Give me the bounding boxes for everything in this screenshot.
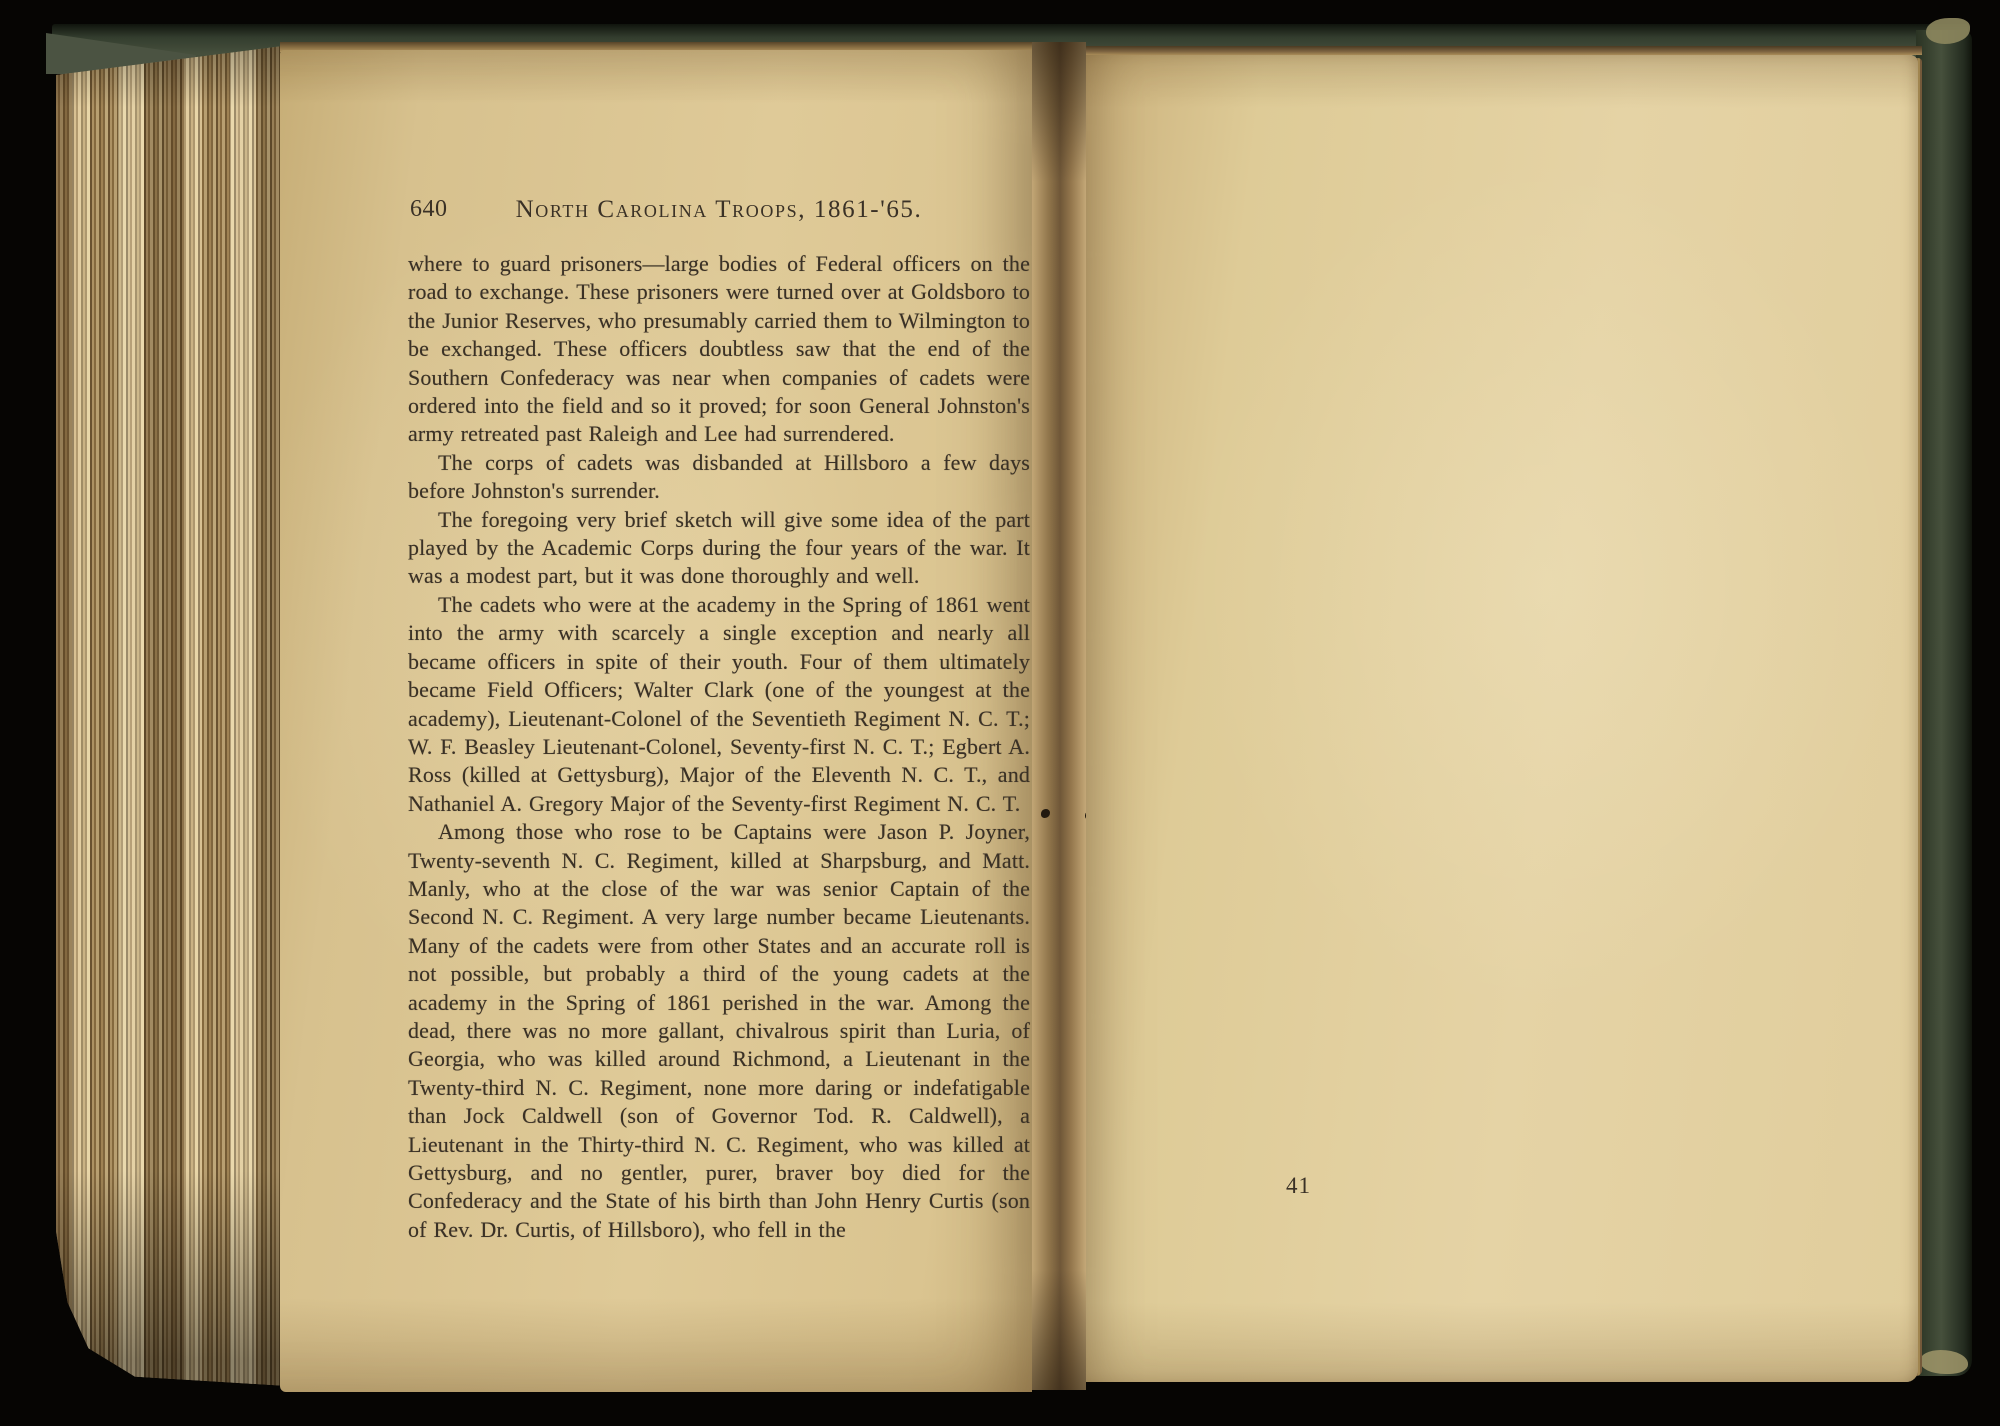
paragraph: where to guard prisoners—large bodies of…	[408, 250, 1030, 449]
book-photograph: 640 North Carolina Troops, 1861-'65. whe…	[0, 0, 2000, 1426]
left-page-number: 640	[410, 196, 448, 223]
left-running-head: 640 North Carolina Troops, 1861-'65.	[408, 196, 1030, 226]
left-running-head-title: North Carolina Troops, 1861-'65.	[516, 196, 923, 223]
left-body-text: where to guard prisoners—large bodies of…	[408, 250, 1030, 1244]
left-page-content: 640 North Carolina Troops, 1861-'65. whe…	[408, 196, 1030, 1244]
paragraph: The corps of cadets was disbanded at Hil…	[408, 449, 1030, 506]
paragraph: The cadets who were at the academy in th…	[408, 591, 1030, 818]
page-stack-fore-edge	[56, 40, 288, 1386]
paragraph: The foregoing very brief sketch will giv…	[408, 506, 1030, 591]
right-page-top-edge	[1086, 46, 1922, 55]
cover-wear-spot	[1920, 1350, 1968, 1374]
book-cover-right-edge	[1916, 30, 1972, 1376]
book-gutter	[1032, 42, 1086, 1390]
paragraph: Among those who rose to be Captains were…	[408, 818, 1030, 1244]
signature-mark: 41	[1286, 1173, 1311, 1199]
